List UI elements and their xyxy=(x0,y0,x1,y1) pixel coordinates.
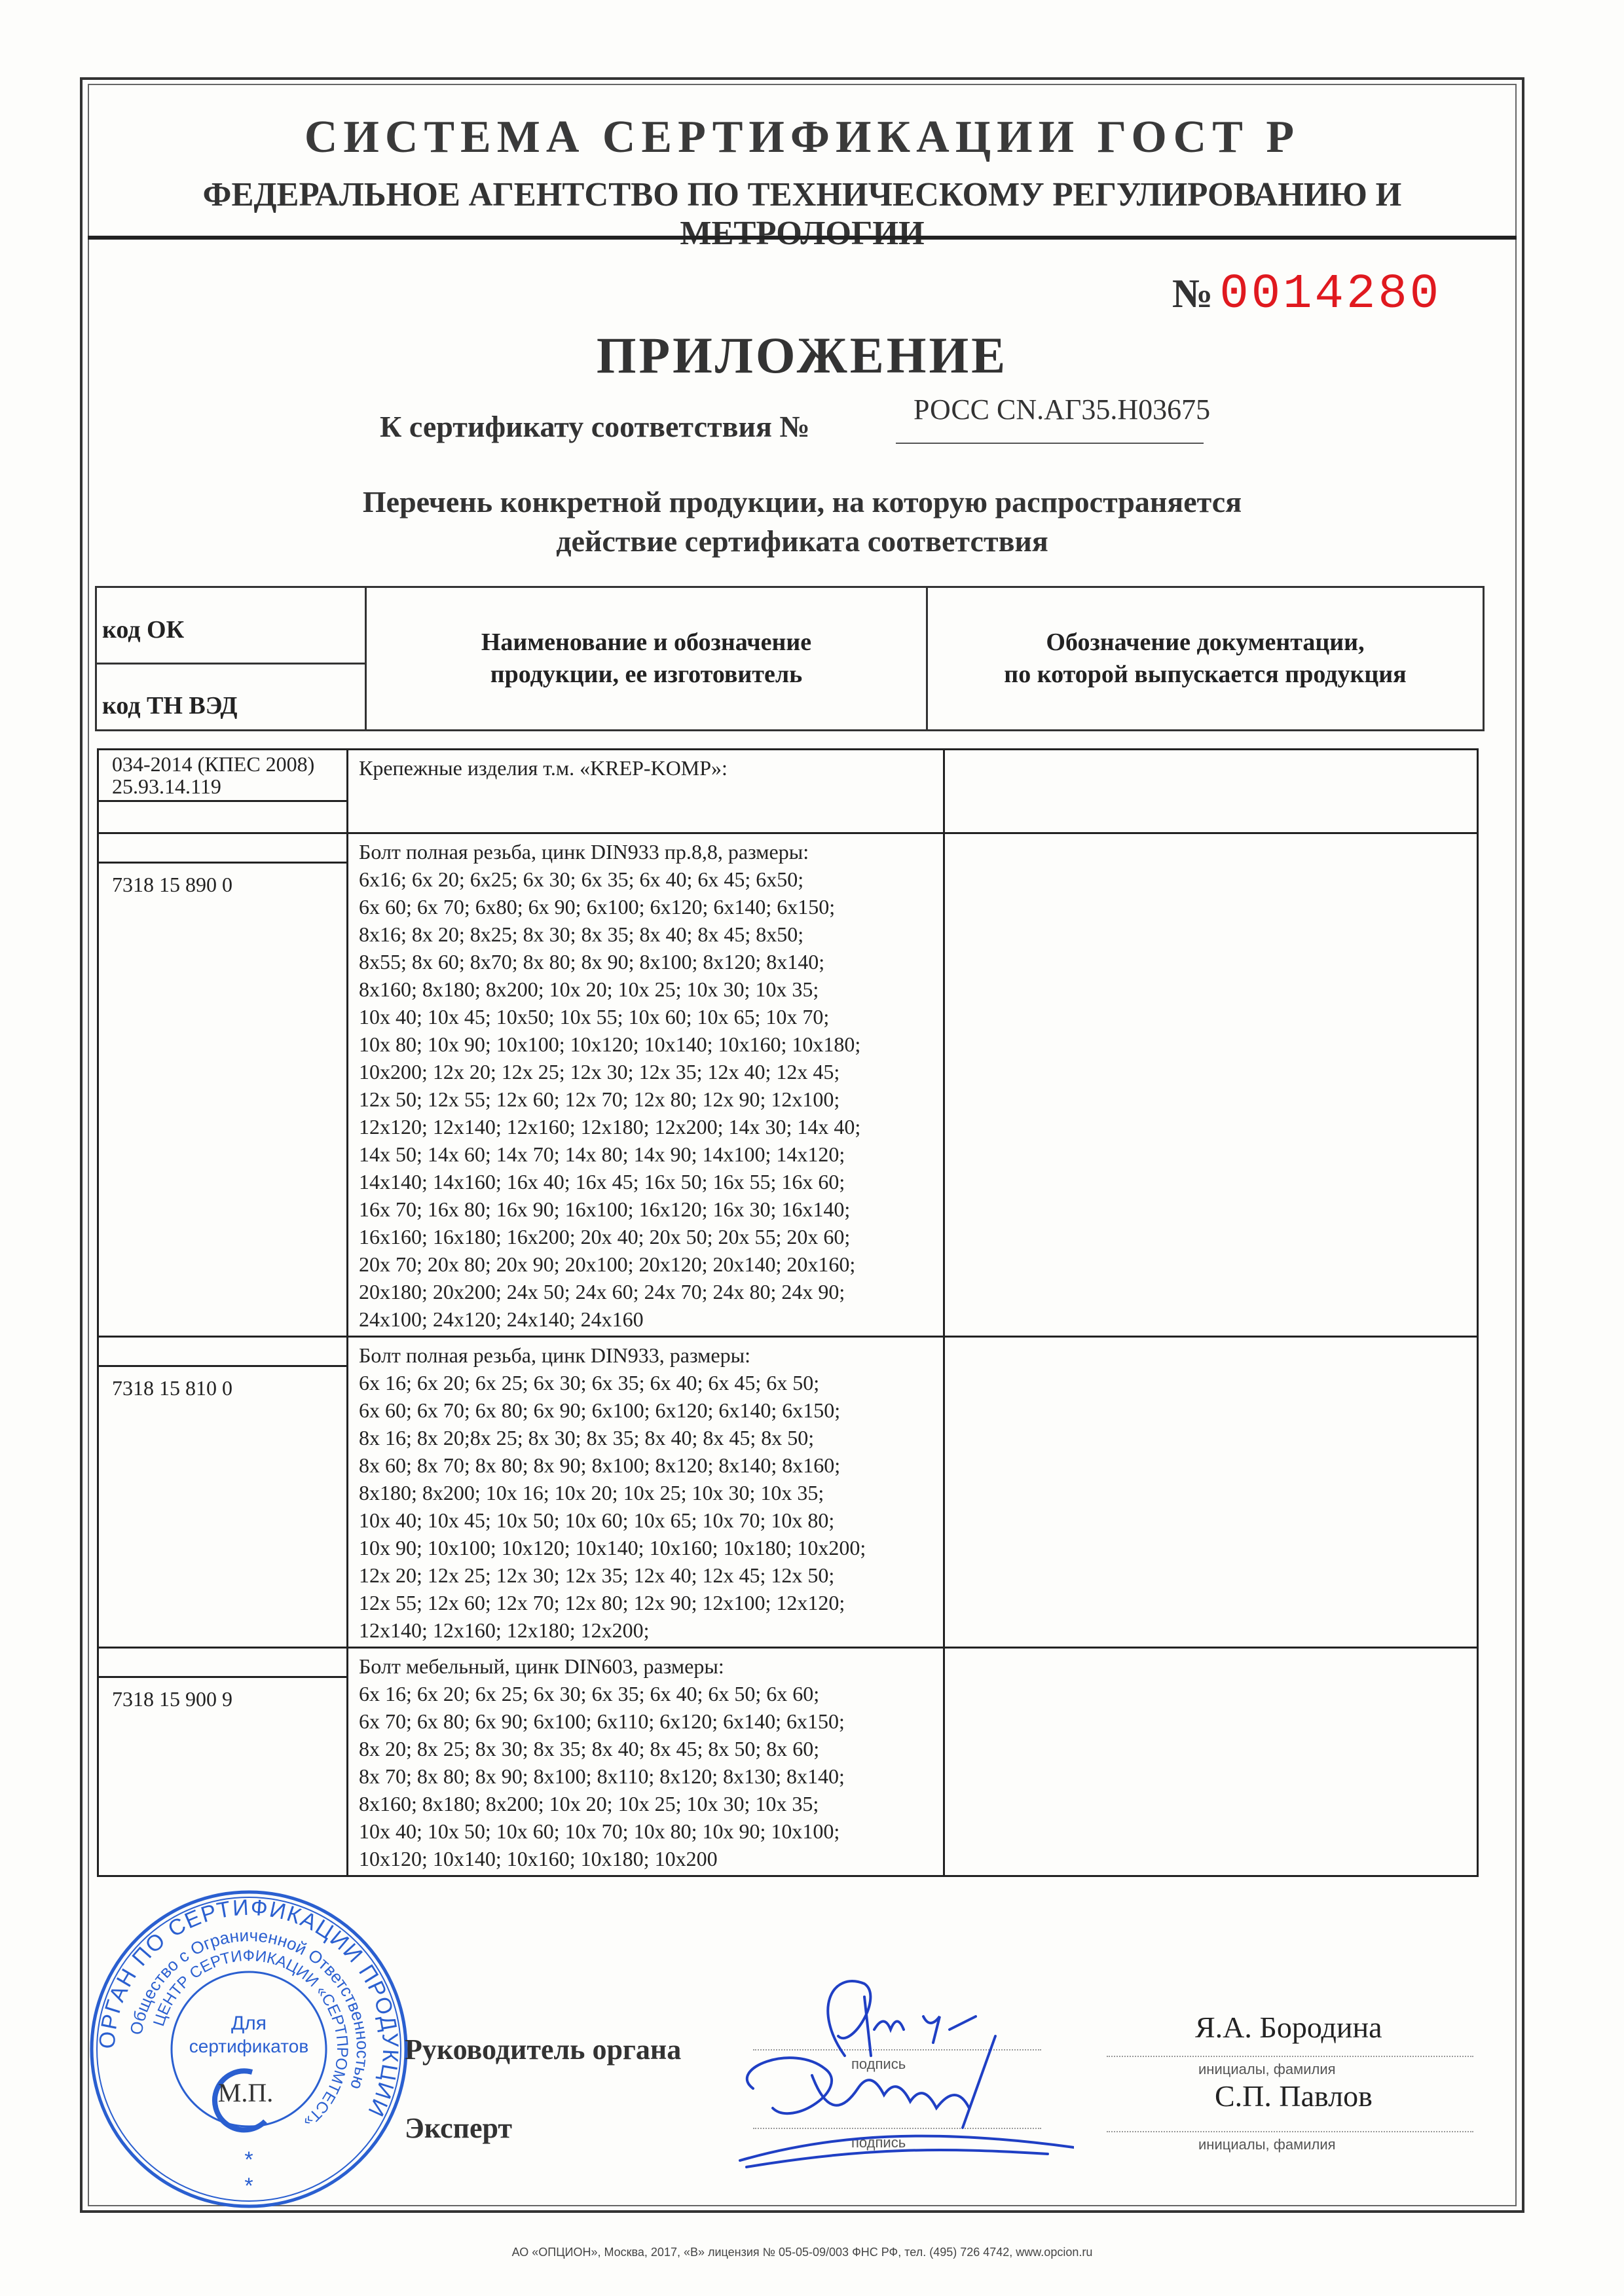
code-ok-line2: 25.93.14.119 xyxy=(112,775,333,797)
product-title: Болт полная резьба, цинк DIN933, размеры… xyxy=(359,1341,934,1369)
product-title: Болт мебельный, цинк DIN603, размеры: xyxy=(359,1652,934,1680)
sizes-line: 8х 60; 8х 70; 8х 80; 8х 90; 8х100; 8х120… xyxy=(359,1451,934,1479)
form-number-value: 0014280 xyxy=(1219,267,1441,322)
sizes-line: 24х100; 24х120; 24х140; 24х160 xyxy=(359,1305,934,1333)
sizes-line: 8х 16; 8х 20;8х 25; 8х 30; 8х 35; 8х 40;… xyxy=(359,1424,934,1451)
tnved-code: 7318 15 810 0 xyxy=(99,1367,346,1410)
header-code-tnved: код ТН ВЭД xyxy=(102,691,238,720)
sizes-line: 8х160; 8х180; 8х200; 10х 20; 10х 25; 10х… xyxy=(359,975,934,1003)
header-name-line2: продукции, ее изготовитель xyxy=(481,659,811,691)
code-ok-box xyxy=(99,1649,346,1678)
list-title-line1: Перечень конкретной продукции, на котору… xyxy=(88,484,1517,519)
doc-cell xyxy=(944,1337,1478,1648)
doc-cell xyxy=(944,833,1478,1337)
sizes-line: 8х 70; 8х 80; 8х 90; 8х100; 8х110; 8х120… xyxy=(359,1762,934,1790)
sizes-line: 10х 40; 10х 45; 10х50; 10х 55; 10х 60; 1… xyxy=(359,1003,934,1030)
svg-text:Для: Для xyxy=(231,2013,267,2034)
name-cell: Болт полная резьба, цинк DIN933, размеры… xyxy=(348,1337,944,1648)
sizes-line: 14х 50; 14х 60; 14х 70; 14х 80; 14х 90; … xyxy=(359,1140,934,1168)
code-cell: 034-2014 (КПЕС 2008) 25.93.14.119 xyxy=(98,750,348,833)
sizes-line: 14х140; 14х160; 16х 40; 16х 45; 16х 50; … xyxy=(359,1168,934,1195)
sizes-line: 10х200; 12х 20; 12х 25; 12х 30; 12х 35; … xyxy=(359,1058,934,1085)
header-doc-col: Обозначение документации, по которой вып… xyxy=(928,588,1483,729)
product-group-title: Крепежные изделия т.м. «KREP-KOMP»: xyxy=(359,754,934,782)
sizes-line: 12х 50; 12х 55; 12х 60; 12х 70; 12х 80; … xyxy=(359,1085,934,1113)
header-code-divider xyxy=(97,663,365,665)
sizes-line: 12х 20; 12х 25; 12х 30; 12х 35; 12х 40; … xyxy=(359,1561,934,1589)
sizes-line: 6х 16; 6х 20; 6х 25; 6х 30; 6х 35; 6х 40… xyxy=(359,1369,934,1396)
number-sign: № xyxy=(1172,272,1213,316)
svg-text:сертификатов: сертификатов xyxy=(189,2036,308,2056)
printer-footer: АО «ОПЦИОН», Москва, 2017, «В» лицензия … xyxy=(88,2246,1517,2259)
sizes-line: 8х16; 8х 20; 8х25; 8х 30; 8х 35; 8х 40; … xyxy=(359,920,934,948)
form-number: №0014280 xyxy=(1172,267,1441,322)
sizes-line: 10х120; 10х140; 10х160; 10х180; 10х200 xyxy=(359,1845,934,1872)
stamp-seal-icon: ОРГАН ПО СЕРТИФИКАЦИИ ПРОДУКЦИИ Общество… xyxy=(85,1886,413,2213)
name-cell: Крепежные изделия т.м. «KREP-KOMP»: xyxy=(348,750,944,833)
sizes-line: 12х120; 12х140; 12х160; 12х180; 12х200; … xyxy=(359,1113,934,1140)
head-of-body-label: Руководитель органа xyxy=(405,2033,681,2066)
name-caption-expert: инициалы, фамилия xyxy=(1198,2136,1336,2153)
sizes-line: 8х160; 8х180; 8х200; 10х 20; 10х 25; 10х… xyxy=(359,1790,934,1817)
doc-cell xyxy=(944,750,1478,833)
table-row: 7318 15 890 0 Болт полная резьба, цинк D… xyxy=(98,833,1478,1337)
table-row: 7318 15 900 9 Болт мебельный, цинк DIN60… xyxy=(98,1648,1478,1876)
tnved-code: 7318 15 890 0 xyxy=(99,864,346,906)
sizes-line: 12х 55; 12х 60; 12х 70; 12х 80; 12х 90; … xyxy=(359,1589,934,1616)
sizes-line: 20х180; 20х200; 24х 50; 24х 60; 24х 70; … xyxy=(359,1278,934,1305)
agency-title: ФЕДЕРАЛЬНОЕ АГЕНТСТВО ПО ТЕХНИЧЕСКОМУ РЕ… xyxy=(102,175,1502,253)
sizes-line: 6х16; 6х 20; 6х25; 6х 30; 6х 35; 6х 40; … xyxy=(359,866,934,893)
sizes-line: 8х 20; 8х 25; 8х 30; 8х 35; 8х 40; 8х 45… xyxy=(359,1735,934,1762)
svg-text:*: * xyxy=(244,2174,253,2198)
doc-cell xyxy=(944,1648,1478,1876)
list-title-line2: действие сертификата соответствия xyxy=(88,524,1517,558)
handwritten-signatures-icon xyxy=(733,1958,1074,2174)
sizes-line: 8х180; 8х200; 10х 16; 10х 20; 10х 25; 10… xyxy=(359,1479,934,1506)
name-line-head xyxy=(1107,2056,1473,2057)
table-row: 7318 15 810 0 Болт полная резьба, цинк D… xyxy=(98,1337,1478,1648)
sizes-line: 6х 60; 6х 70; 6х 80; 6х 90; 6х100; 6х120… xyxy=(359,1396,934,1424)
expert-label: Эксперт xyxy=(405,2111,512,2145)
sizes-line: 16х160; 16х180; 16х200; 20х 40; 20х 50; … xyxy=(359,1223,934,1250)
product-title: Болт полная резьба, цинк DIN933 пр.8,8, … xyxy=(359,838,934,866)
header-doc-line2: по которой выпускается продукция xyxy=(1004,659,1406,691)
name-line-expert xyxy=(1107,2131,1473,2132)
header-rule xyxy=(88,236,1517,240)
cert-label: К сертификату соответствия № xyxy=(380,409,810,444)
sizes-line: 8х55; 8х 60; 8х70; 8х 80; 8х 90; 8х100; … xyxy=(359,948,934,975)
sizes-line: 6х 70; 6х 80; 6х 90; 6х100; 6х110; 6х120… xyxy=(359,1707,934,1735)
header-code-col: код ОК код ТН ВЭД xyxy=(97,588,367,729)
expert-name: С.П. Павлов xyxy=(1215,2079,1373,2113)
code-ok-box xyxy=(99,1338,346,1367)
header-name-line1: Наименование и обозначение xyxy=(481,627,811,659)
name-caption-head: инициалы, фамилия xyxy=(1198,2061,1336,2078)
code-cell: 7318 15 810 0 xyxy=(98,1337,348,1648)
table-row: 034-2014 (КПЕС 2008) 25.93.14.119 Крепеж… xyxy=(98,750,1478,833)
products-table: 034-2014 (КПЕС 2008) 25.93.14.119 Крепеж… xyxy=(97,748,1479,1877)
code-ok-line1: 034-2014 (КПЕС 2008) xyxy=(112,753,333,775)
sizes-line: 10х 40; 10х 50; 10х 60; 10х 70; 10х 80; … xyxy=(359,1817,934,1845)
code-cell: 7318 15 900 9 xyxy=(98,1648,348,1876)
header-doc-line1: Обозначение документации, xyxy=(1004,627,1406,659)
name-cell: Болт мебельный, цинк DIN603, размеры: 6х… xyxy=(348,1648,944,1876)
cert-underline xyxy=(896,443,1204,444)
code-ok-box xyxy=(99,834,346,864)
svg-text:М.П.: М.П. xyxy=(218,2078,273,2107)
tnved-code: 7318 15 900 9 xyxy=(99,1678,346,1721)
appendix-title: ПРИЛОЖЕНИЕ xyxy=(88,326,1517,385)
svg-text:*: * xyxy=(244,2147,253,2172)
header-name-col: Наименование и обозначение продукции, ее… xyxy=(367,588,928,729)
name-cell: Болт полная резьба, цинк DIN933 пр.8,8, … xyxy=(348,833,944,1337)
sizes-line: 6х 60; 6х 70; 6х80; 6х 90; 6х100; 6х120;… xyxy=(359,893,934,920)
sizes-line: 16х 70; 16х 80; 16х 90; 16х100; 16х120; … xyxy=(359,1195,934,1223)
certification-stamp: ОРГАН ПО СЕРТИФИКАЦИИ ПРОДУКЦИИ Общество… xyxy=(85,1886,413,2213)
sizes-line: 10х 90; 10х100; 10х120; 10х140; 10х160; … xyxy=(359,1534,934,1561)
header-code-ok: код ОК xyxy=(102,615,184,644)
sizes-line: 10х 80; 10х 90; 10х100; 10х120; 10х140; … xyxy=(359,1030,934,1058)
code-ok-box: 034-2014 (КПЕС 2008) 25.93.14.119 xyxy=(99,750,346,802)
cert-number: РОСС CN.АГ35.Н03675 xyxy=(913,393,1210,426)
head-name: Я.А. Бородина xyxy=(1195,2010,1382,2045)
table-header: код ОК код ТН ВЭД Наименование и обознач… xyxy=(95,586,1485,731)
sizes-line: 12х140; 12х160; 12х180; 12х200; xyxy=(359,1616,934,1644)
code-cell: 7318 15 890 0 xyxy=(98,833,348,1337)
sizes-line: 20х 70; 20х 80; 20х 90; 20х100; 20х120; … xyxy=(359,1250,934,1278)
system-title: СИСТЕМА СЕРТИФИКАЦИИ ГОСТ Р xyxy=(88,111,1517,164)
sizes-line: 10х 40; 10х 45; 10х 50; 10х 60; 10х 65; … xyxy=(359,1506,934,1534)
sizes-line: 6х 16; 6х 20; 6х 25; 6х 30; 6х 35; 6х 40… xyxy=(359,1680,934,1707)
